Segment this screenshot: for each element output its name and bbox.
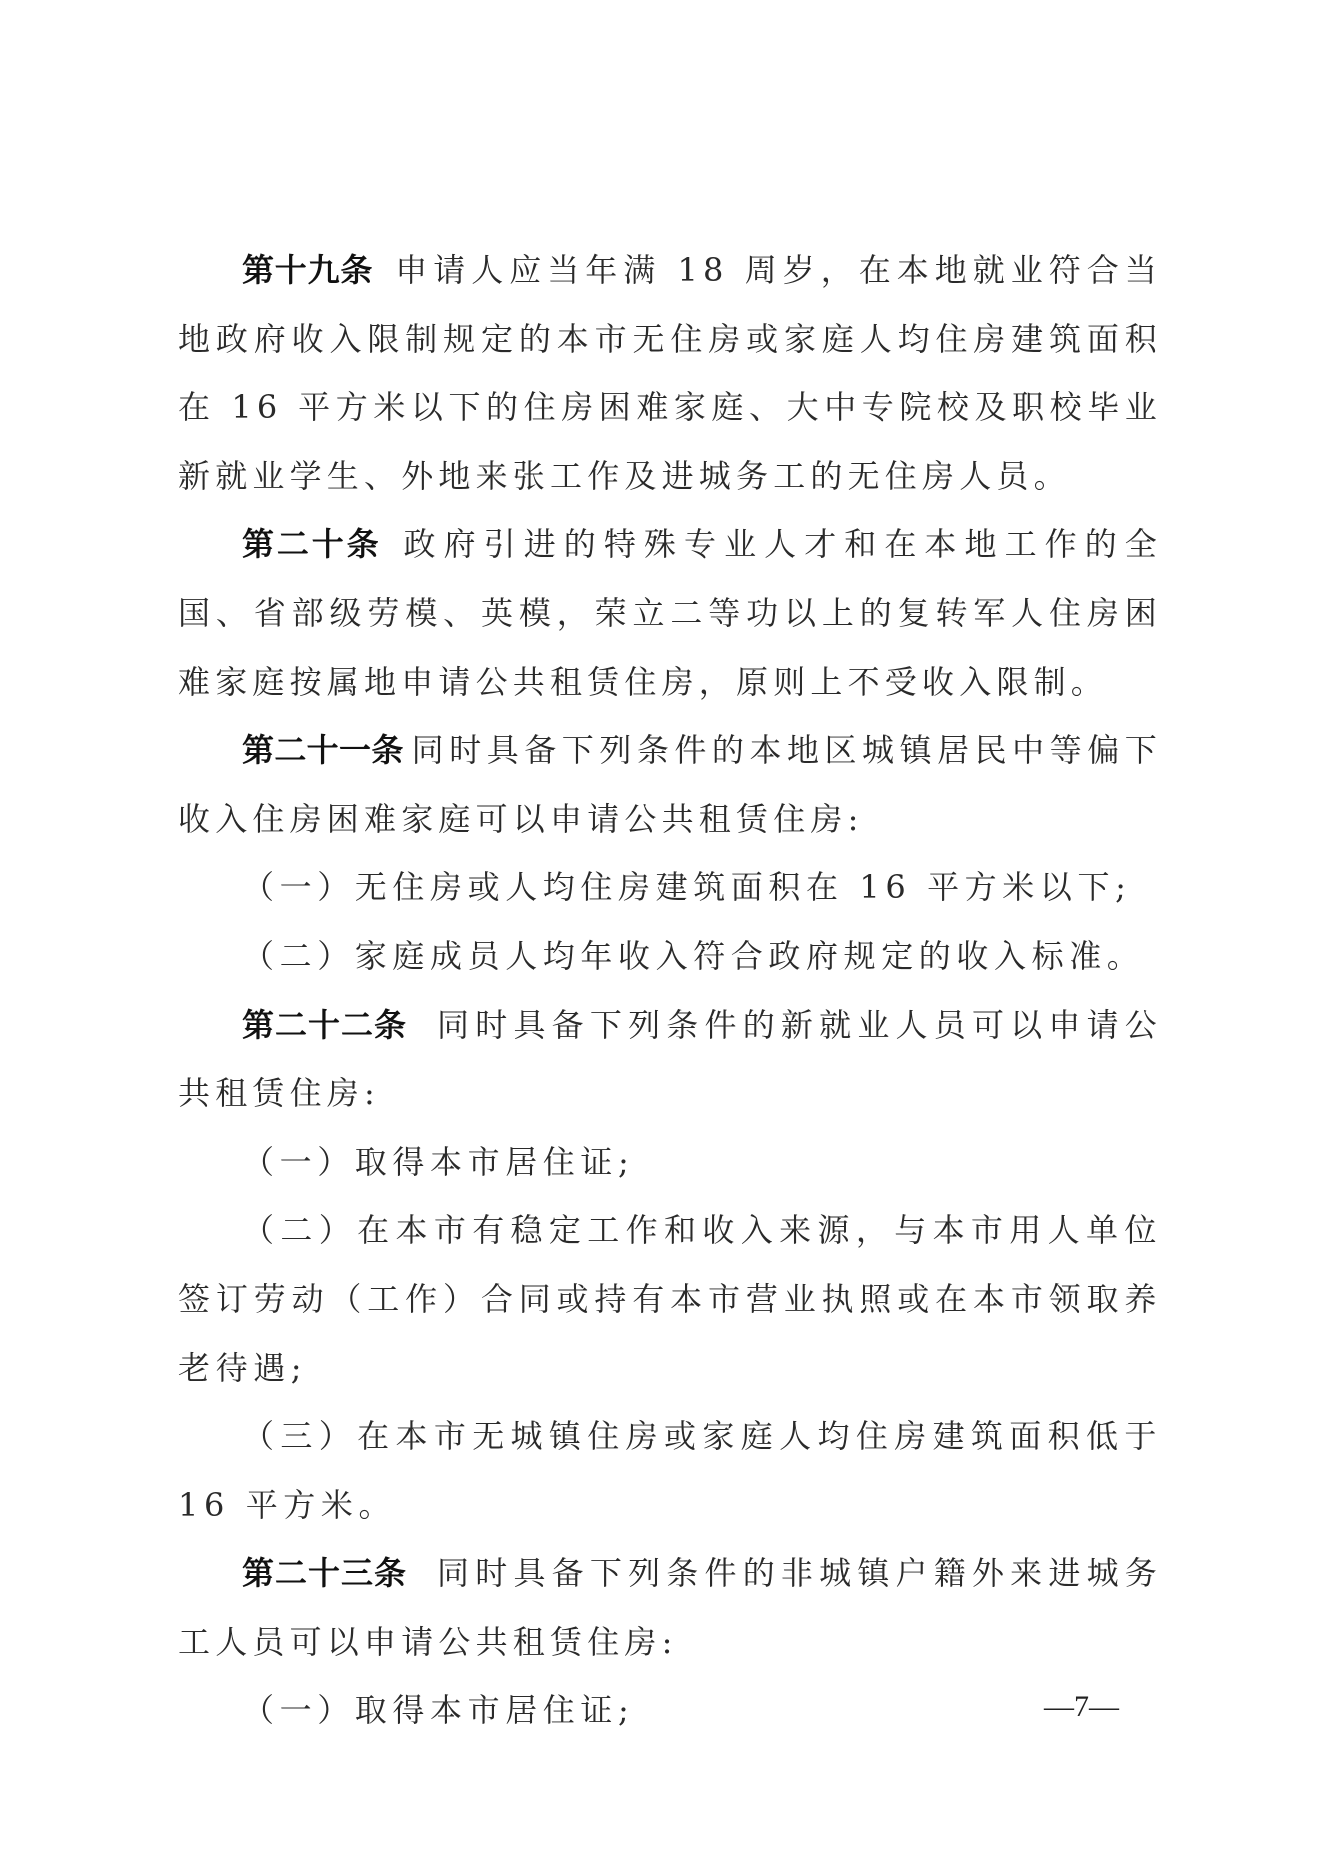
article-20-paragraph: 第二十条政府引进的特殊专业人才和在本地工作的全国、省部级劳模、英模，荣立二等功以… xyxy=(178,510,1162,716)
article-19-paragraph: 第十九条申请人应当年满 18 周岁，在本地就业符合当地政府收入限制规定的本市无住… xyxy=(178,236,1162,510)
article-23-paragraph: 第二十三条同时具备下列条件的非城镇户籍外来进城务工人员可以申请公共租赁住房: xyxy=(178,1539,1162,1676)
article-number: 第二十二条 xyxy=(242,1006,407,1044)
list-item-text: （一）无住房或人均住房建筑面积在 16 平方米以下; xyxy=(242,868,1131,906)
list-item-text: （一）取得本市居住证; xyxy=(242,1143,634,1181)
article-22-item-3: （三）在本市无城镇住房或家庭人均住房建筑面积低于 16 平方米。 xyxy=(178,1402,1162,1539)
article-number: 第二十三条 xyxy=(242,1554,407,1592)
list-item-text: （二）在本市有稳定工作和收入来源，与本市用人单位签订劳动（工作）合同或持有本市营… xyxy=(178,1211,1162,1386)
article-21-item-2: （二）家庭成员人均年收入符合政府规定的收入标准。 xyxy=(178,922,1162,991)
article-number: 第二十条 xyxy=(242,525,382,563)
document-page: 第十九条申请人应当年满 18 周岁，在本地就业符合当地政府收入限制规定的本市无住… xyxy=(178,236,1162,1745)
list-item-text: （一）取得本市居住证; xyxy=(242,1691,634,1729)
article-21-paragraph: 第二十一条同时具备下列条件的本地区城镇居民中等偏下收入住房困难家庭可以申请公共租… xyxy=(178,716,1162,853)
page-number: —7— xyxy=(1044,1690,1119,1724)
article-number: 第十九条 xyxy=(242,251,373,289)
list-item-text: （二）家庭成员人均年收入符合政府规定的收入标准。 xyxy=(242,937,1144,975)
article-22-paragraph: 第二十二条同时具备下列条件的新就业人员可以申请公共租赁住房: xyxy=(178,991,1162,1128)
article-number: 第二十一条 xyxy=(242,731,404,769)
article-22-item-2: （二）在本市有稳定工作和收入来源，与本市用人单位签订劳动（工作）合同或持有本市营… xyxy=(178,1196,1162,1402)
article-23-item-1: （一）取得本市居住证; xyxy=(178,1676,1162,1745)
article-22-item-1: （一）取得本市居住证; xyxy=(178,1128,1162,1197)
list-item-text: （三）在本市无城镇住房或家庭人均住房建筑面积低于 16 平方米。 xyxy=(178,1417,1162,1524)
article-21-item-1: （一）无住房或人均住房建筑面积在 16 平方米以下; xyxy=(178,853,1162,922)
